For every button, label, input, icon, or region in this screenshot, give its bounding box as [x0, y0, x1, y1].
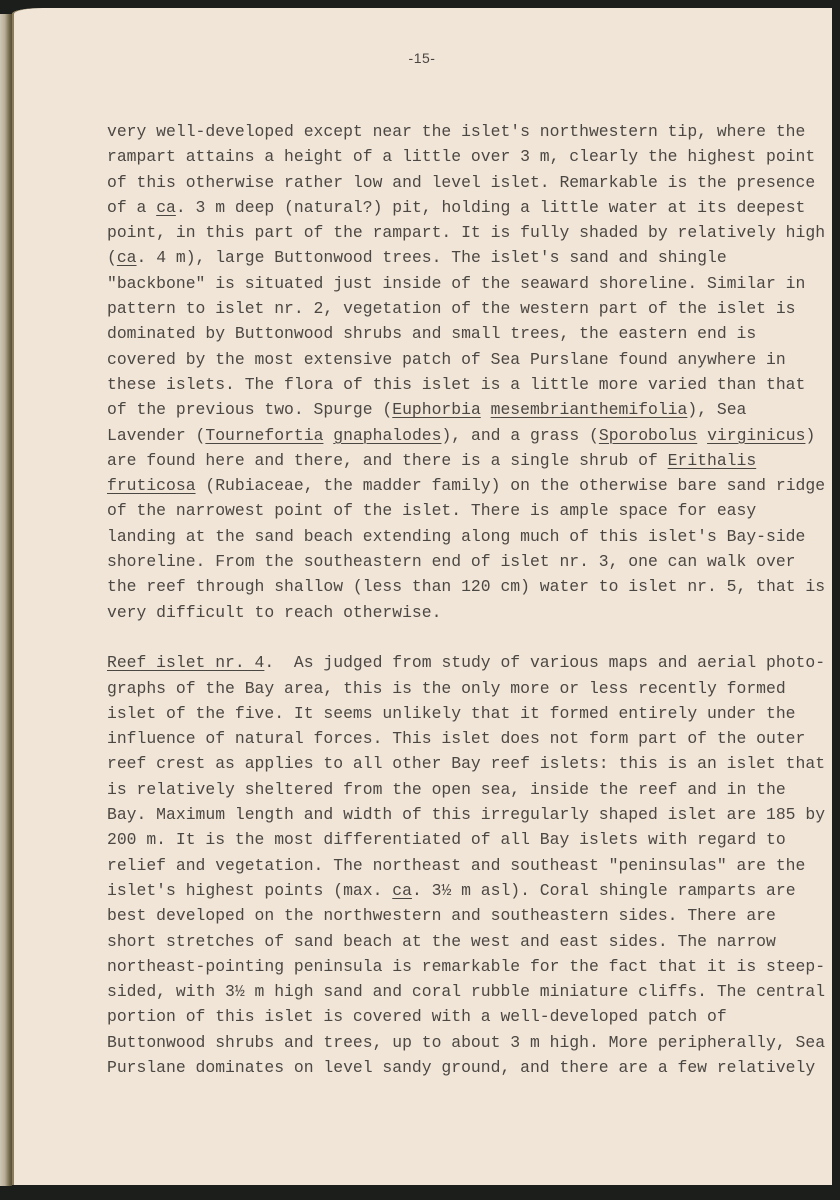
text-run: [481, 400, 491, 419]
text-line: "backbone" is situated just inside of th…: [107, 271, 747, 296]
text-run: of the narrowest point of the islet. The…: [107, 501, 756, 520]
text-run: graphs of the Bay area, this is the only…: [107, 679, 786, 698]
text-run: relief and vegetation. The northeast and…: [107, 856, 805, 875]
document-page: -15- very well-developed except near the…: [12, 8, 832, 1185]
text-run: reef crest as applies to all other Bay r…: [107, 754, 825, 773]
text-run: covered by the most extensive patch of S…: [107, 350, 786, 369]
text-run: 200 m. It is the most differentiated of …: [107, 830, 786, 849]
text-line: Reef islet nr. 4. As judged from study o…: [107, 650, 747, 675]
text-run: ), and a grass (: [441, 426, 598, 445]
text-line: short stretches of sand beach at the wes…: [107, 929, 747, 954]
text-run: are found here and there, and there is a…: [107, 451, 668, 470]
text-line: of the narrowest point of the islet. The…: [107, 498, 747, 523]
paragraph-reef-islet-4: Reef islet nr. 4. As judged from study o…: [107, 650, 747, 1080]
underlined-term: ca: [156, 198, 176, 217]
underlined-term: fruticosa: [107, 476, 196, 495]
underlined-term: mesembrianthemifolia: [491, 400, 688, 419]
text-run: . 3 m deep (natural?) pit, holding a lit…: [176, 198, 806, 217]
text-line: is relatively sheltered from the open se…: [107, 777, 747, 802]
text-run: . 4 m), large Buttonwood trees. The isle…: [137, 248, 727, 267]
text-run: [697, 426, 707, 445]
text-run: the reef through shallow (less than 120 …: [107, 577, 825, 596]
text-line: pattern to islet nr. 2, vegetation of th…: [107, 296, 747, 321]
text-run: influence of natural forces. This islet …: [107, 729, 805, 748]
text-run: shoreline. From the southeastern end of …: [107, 552, 796, 571]
text-line: graphs of the Bay area, this is the only…: [107, 676, 747, 701]
text-run: very well-developed except near the isle…: [107, 122, 805, 141]
text-line: influence of natural forces. This islet …: [107, 726, 747, 751]
text-line: these islets. The flora of this islet is…: [107, 372, 747, 397]
text-line: sided, with 3½ m high sand and coral rub…: [107, 979, 747, 1004]
text-run: Buttonwood shrubs and trees, up to about…: [107, 1033, 825, 1052]
text-run: Bay. Maximum length and width of this ir…: [107, 805, 825, 824]
text-line: very difficult to reach otherwise.: [107, 600, 747, 625]
underlined-term: virginicus: [707, 426, 805, 445]
text-run: "backbone" is situated just inside of th…: [107, 274, 805, 293]
text-line: landing at the sand beach extending alon…: [107, 524, 747, 549]
underlined-term: ca: [392, 881, 412, 900]
text-run: [323, 426, 333, 445]
underlined-term: Sporobolus: [599, 426, 697, 445]
text-run: of the previous two. Spurge (: [107, 400, 392, 419]
text-line: Purslane dominates on level sandy ground…: [107, 1055, 747, 1080]
text-line: Bay. Maximum length and width of this ir…: [107, 802, 747, 827]
text-line: best developed on the northwestern and s…: [107, 903, 747, 928]
underlined-term: Tournefortia: [205, 426, 323, 445]
paragraph-continuation-islet-3: very well-developed except near the isle…: [107, 119, 747, 625]
text-run: best developed on the northwestern and s…: [107, 906, 776, 925]
underlined-term: Reef islet nr. 4: [107, 653, 264, 672]
text-run: ): [805, 426, 815, 445]
text-line: portion of this islet is covered with a …: [107, 1004, 747, 1029]
text-run: (: [107, 248, 117, 267]
adjacent-page-edge: [0, 14, 12, 1186]
text-run: these islets. The flora of this islet is…: [107, 375, 805, 394]
text-run: . As judged from study of various maps a…: [264, 653, 825, 672]
text-line: very well-developed except near the isle…: [107, 119, 747, 144]
text-run: sided, with 3½ m high sand and coral rub…: [107, 982, 825, 1001]
text-line: islet's highest points (max. ca. 3½ m as…: [107, 878, 747, 903]
text-line: point, in this part of the rampart. It i…: [107, 220, 747, 245]
text-line: 200 m. It is the most differentiated of …: [107, 827, 747, 852]
text-run: landing at the sand beach extending alon…: [107, 527, 805, 546]
text-run: is relatively sheltered from the open se…: [107, 780, 786, 799]
underlined-term: Erithalis: [668, 451, 757, 470]
text-run: ), Sea: [687, 400, 746, 419]
body-text: very well-developed except near the isle…: [107, 119, 747, 1080]
text-run: islet of the five. It seems unlikely tha…: [107, 704, 796, 723]
text-run: point, in this part of the rampart. It i…: [107, 223, 825, 242]
text-run: pattern to islet nr. 2, vegetation of th…: [107, 299, 796, 318]
text-line: of the previous two. Spurge (Euphorbia m…: [107, 397, 747, 422]
text-run: islet's highest points (max.: [107, 881, 392, 900]
text-line: northeast-pointing peninsula is remarkab…: [107, 954, 747, 979]
text-line: (ca. 4 m), large Buttonwood trees. The i…: [107, 245, 747, 270]
text-line: Buttonwood shrubs and trees, up to about…: [107, 1030, 747, 1055]
text-line: fruticosa (Rubiaceae, the madder family)…: [107, 473, 747, 498]
text-run: rampart attains a height of a little ove…: [107, 147, 815, 166]
text-line: of a ca. 3 m deep (natural?) pit, holdin…: [107, 195, 747, 220]
text-run: dominated by Buttonwood shrubs and small…: [107, 324, 756, 343]
text-line: islet of the five. It seems unlikely tha…: [107, 701, 747, 726]
text-line: are found here and there, and there is a…: [107, 448, 747, 473]
text-line: the reef through shallow (less than 120 …: [107, 574, 747, 599]
text-line: relief and vegetation. The northeast and…: [107, 853, 747, 878]
text-run: short stretches of sand beach at the wes…: [107, 932, 776, 951]
underlined-term: Euphorbia: [392, 400, 481, 419]
text-line: rampart attains a height of a little ove…: [107, 144, 747, 169]
text-run: of a: [107, 198, 156, 217]
text-run: portion of this islet is covered with a …: [107, 1007, 727, 1026]
text-run: very difficult to reach otherwise.: [107, 603, 441, 622]
text-line: of this otherwise rather low and level i…: [107, 170, 747, 195]
text-line: reef crest as applies to all other Bay r…: [107, 751, 747, 776]
text-run: . 3½ m asl). Coral shingle ramparts are: [412, 881, 796, 900]
underlined-term: ca: [117, 248, 137, 267]
text-line: Lavender (Tournefortia gnaphalodes), and…: [107, 423, 747, 448]
text-run: Purslane dominates on level sandy ground…: [107, 1058, 815, 1077]
text-run: of this otherwise rather low and level i…: [107, 173, 815, 192]
text-run: Lavender (: [107, 426, 205, 445]
text-run: northeast-pointing peninsula is remarkab…: [107, 957, 825, 976]
underlined-term: gnaphalodes: [333, 426, 441, 445]
page-number: -15-: [12, 50, 832, 66]
text-line: dominated by Buttonwood shrubs and small…: [107, 321, 747, 346]
text-run: (Rubiaceae, the madder family) on the ot…: [196, 476, 826, 495]
text-line: covered by the most extensive patch of S…: [107, 347, 747, 372]
text-line: shoreline. From the southeastern end of …: [107, 549, 747, 574]
